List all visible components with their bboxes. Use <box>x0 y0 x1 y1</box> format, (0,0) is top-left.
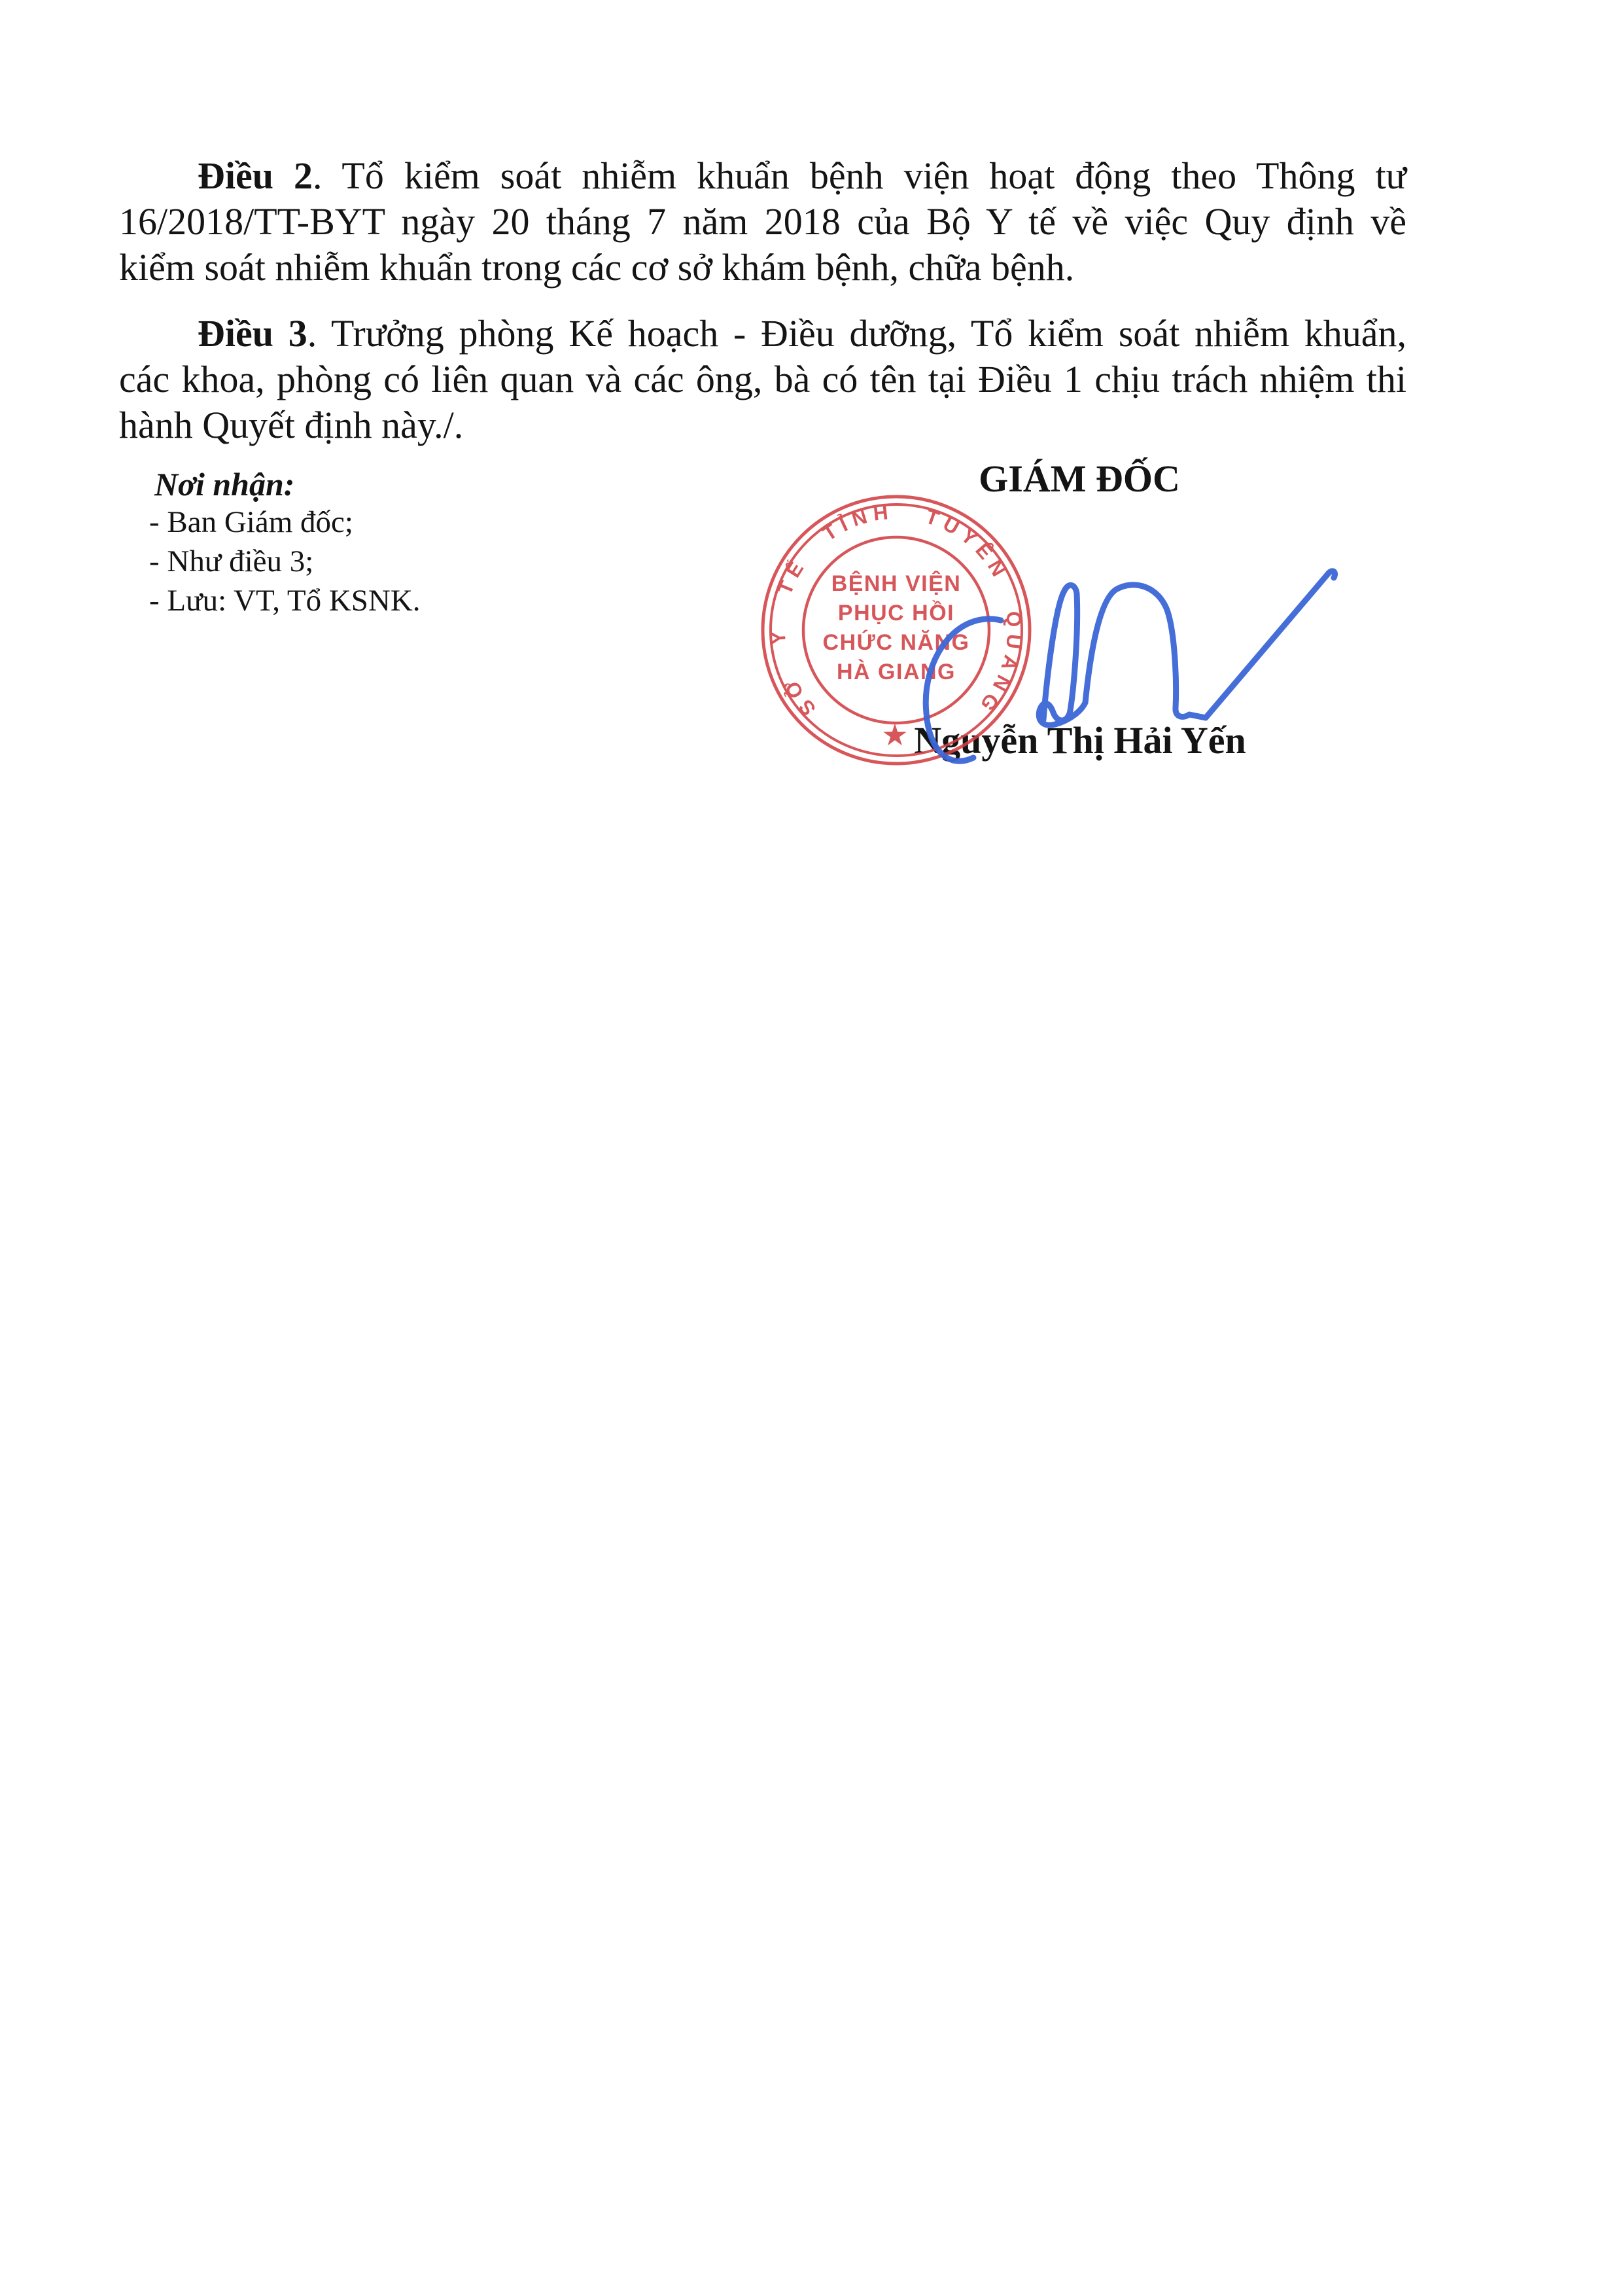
article-2-line-1: Điều 2. Tổ kiểm soát nhiễm khuẩn bệnh vi… <box>119 153 1406 199</box>
article-2-line-2: 16/2018/TT-BYT ngày 20 tháng 7 năm 2018 … <box>119 199 1406 245</box>
article-3-line-1: Điều 3. Trưởng phòng Kế hoạch - Điều dưỡ… <box>119 311 1406 357</box>
article-3-line-3: hành Quyết định này./. <box>119 402 1406 448</box>
article-3-lead: Điều 3 <box>198 312 307 355</box>
article-2-lead: Điều 2 <box>198 154 313 197</box>
recipients-header: Nơi nhận: <box>154 466 294 503</box>
article-dieu-3: Điều 3. Trưởng phòng Kế hoạch - Điều dưỡ… <box>119 311 1406 448</box>
recipient-item-nhu-dieu-3: - Như điều 3; <box>149 542 421 581</box>
article-2-line-1-text: . Tổ kiểm soát nhiễm khuẩn bệnh viện hoạ… <box>313 154 1406 197</box>
article-2-line-3: kiểm soát nhiễm khuẩn trong các cơ sở kh… <box>119 245 1406 291</box>
recipients-list: - Ban Giám đốc; - Như điều 3; - Lưu: VT,… <box>149 503 421 620</box>
article-3-line-1-text: . Trưởng phòng Kế hoạch - Điều dưỡng, Tổ… <box>307 312 1406 355</box>
recipient-item-ban-giam-doc: - Ban Giám đốc; <box>149 503 421 542</box>
scanned-document-page: Điều 2. Tổ kiểm soát nhiễm khuẩn bệnh vi… <box>0 0 1623 2296</box>
signature-stroke <box>926 571 1335 761</box>
article-3-line-2: các khoa, phòng có liên quan và các ông,… <box>119 357 1406 402</box>
handwritten-signature <box>909 550 1367 779</box>
recipient-item-luu: - Lưu: VT, Tổ KSNK. <box>149 581 421 620</box>
star-icon: ★ <box>881 717 908 752</box>
article-dieu-2: Điều 2. Tổ kiểm soát nhiễm khuẩn bệnh vi… <box>119 153 1406 291</box>
